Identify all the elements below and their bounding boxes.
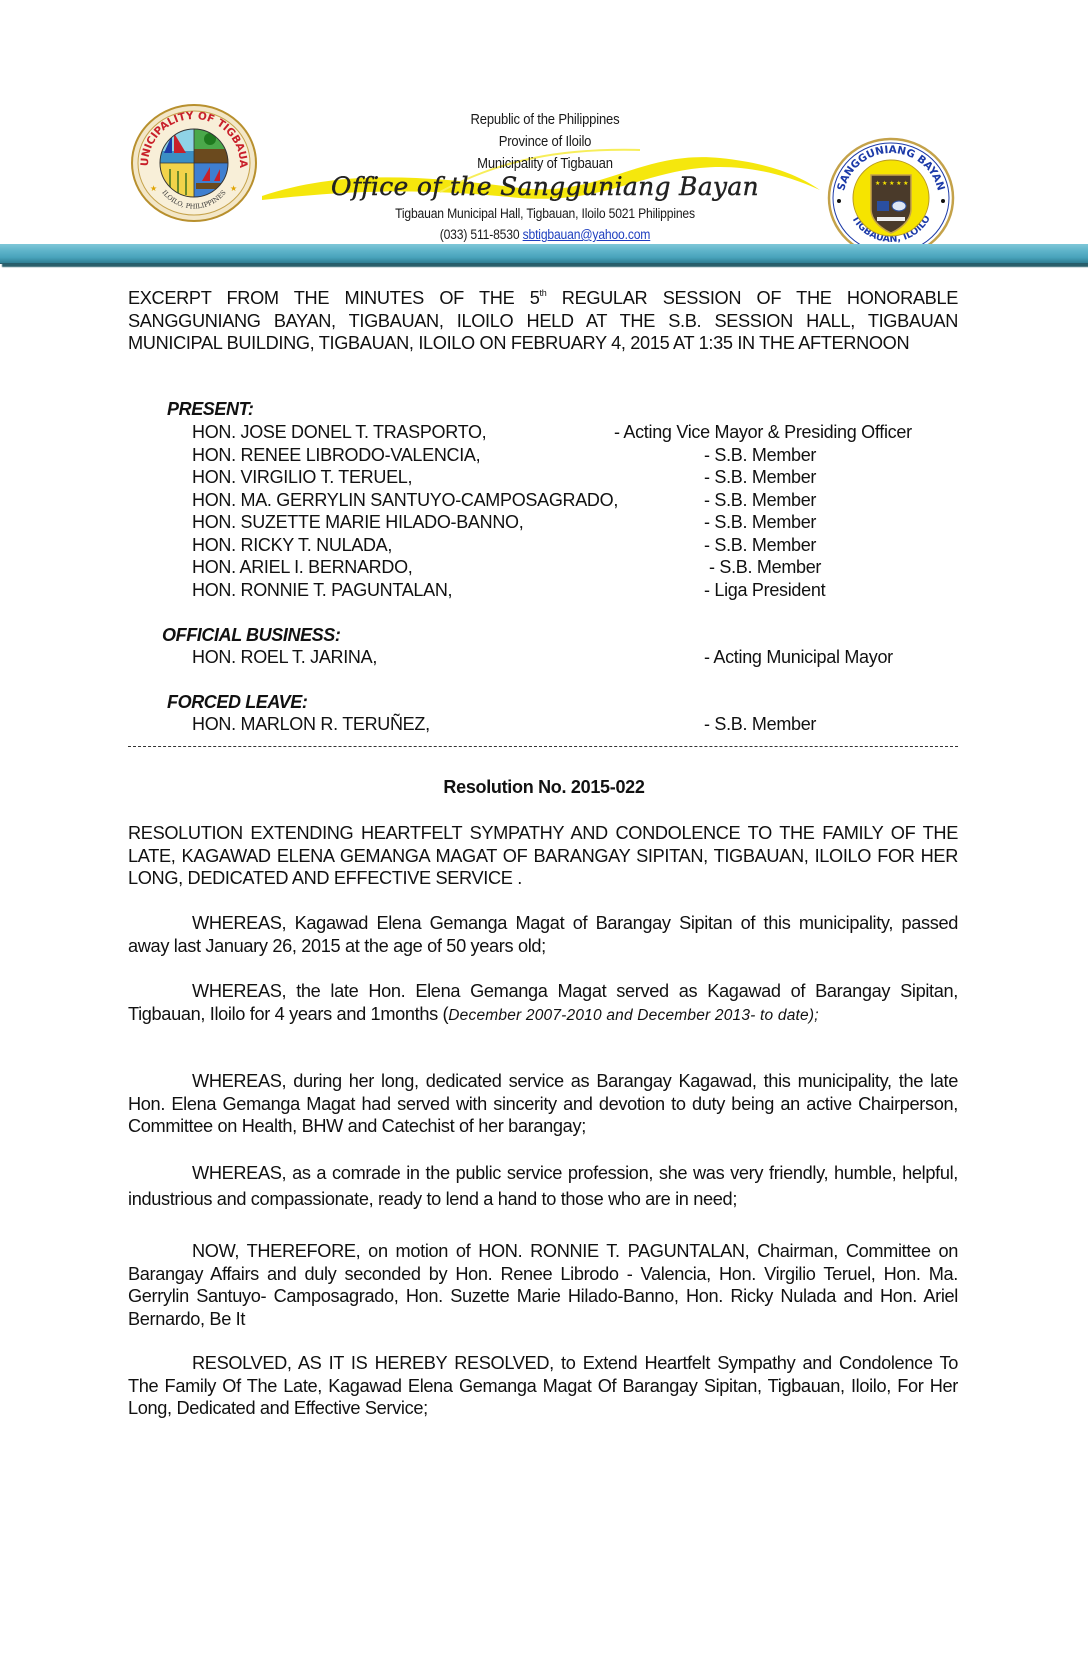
phone-number: (033) 511-8530 (440, 227, 520, 242)
letterhead: MUNICIPALITY OF TIGBAUAN ILOILO, PHILIPP… (0, 0, 1088, 280)
now-therefore-text: NOW, THEREFORE, on motion of HON. RONNIE… (128, 1241, 958, 1329)
dashed-divider (128, 746, 958, 747)
whereas-2-service-dates: December 2007-2010 and December 2013- to… (448, 1007, 818, 1024)
excerpt-paragraph: EXCERPT FROM THE MINUTES OF THE 5th REGU… (128, 287, 958, 355)
svg-text:★: ★ (150, 184, 157, 193)
attendee-row: HON. RICKY T. NULADA, - S.B. Member (0, 535, 1088, 558)
attendee-row: HON. JOSE DONEL T. TRASPORTO, - Acting V… (0, 422, 1088, 445)
attendee-row: HON. ARIEL I. BERNARDO, - S.B. Member (0, 557, 1088, 580)
attendee-name: HON. RENEE LIBRODO-VALENCIA, (192, 445, 480, 466)
attendee-role: - S.B. Member (704, 512, 816, 533)
attendee-row: HON. RENEE LIBRODO-VALENCIA, - S.B. Memb… (0, 445, 1088, 468)
attendee-row: HON. SUZETTE MARIE HILADO-BANNO, - S.B. … (0, 512, 1088, 535)
resolved-text: RESOLVED, AS IT IS HEREBY RESOLVED, to E… (128, 1353, 958, 1418)
official-business-heading: OFFICIAL BUSINESS: (162, 625, 340, 646)
attendee-name: HON. ROEL T. JARINA, (192, 647, 377, 668)
attendee-name: HON. RONNIE T. PAGUNTALAN, (192, 580, 452, 601)
attendee-role: - S.B. Member (709, 557, 821, 578)
attendee-name: HON. MARLON R. TERUÑEZ, (192, 714, 430, 735)
contact-line: (033) 511-8530 sbtigbauan@yahoo.com (325, 227, 766, 242)
attendee-name: HON. RICKY T. NULADA, (192, 535, 392, 556)
resolved-paragraph: RESOLVED, AS IT IS HEREBY RESOLVED, to E… (128, 1352, 958, 1420)
resolution-title: RESOLUTION EXTENDING HEARTFELT SYMPATHY … (128, 822, 958, 890)
now-therefore-paragraph: NOW, THEREFORE, on motion of HON. RONNIE… (128, 1240, 958, 1330)
whereas-1-text: WHEREAS, Kagawad Elena Gemanga Magat of … (128, 913, 958, 956)
province-line: Province of Iloilo (325, 134, 766, 150)
header-divider-bar (0, 244, 1088, 264)
attendee-name: HON. MA. GERRYLIN SANTUYO-CAMPOSAGRADO, (192, 490, 618, 511)
municipality-line: Municipality of Tigbauan (325, 156, 766, 172)
svg-text:★: ★ (230, 184, 237, 193)
attendee-role: - S.B. Member (704, 445, 816, 466)
attendee-role: - S.B. Member (704, 467, 816, 488)
whereas-paragraph-2: WHEREAS, the late Hon. Elena Gemanga Mag… (128, 980, 958, 1027)
attendee-role: - S.B. Member (704, 714, 816, 735)
whereas-paragraph-1: WHEREAS, Kagawad Elena Gemanga Magat of … (128, 912, 958, 957)
office-title: Office of the Sangguniang Bayan (300, 172, 790, 201)
attendee-role: - S.B. Member (704, 535, 816, 556)
municipality-of-tigbauan-seal: MUNICIPALITY OF TIGBAUAN ILOILO, PHILIPP… (130, 103, 258, 223)
whereas-paragraph-3: WHEREAS, during her long, dedicated serv… (128, 1070, 958, 1138)
email-link[interactable]: sbtigbauan@yahoo.com (523, 227, 651, 242)
excerpt-text-part1: EXCERPT FROM THE MINUTES OF THE 5 (128, 288, 540, 308)
forced-leave-heading: FORCED LEAVE: (167, 692, 307, 713)
attendee-role: - Liga President (704, 580, 825, 601)
whereas-4-text: WHEREAS, as a comrade in the public serv… (128, 1163, 958, 1209)
attendee-row: HON. MA. GERRYLIN SANTUYO-CAMPOSAGRADO, … (0, 490, 1088, 513)
attendee-row: HON. VIRGILIO T. TERUEL, - S.B. Member (0, 467, 1088, 490)
attendee-role: - Acting Vice Mayor & Presiding Officer (614, 422, 912, 443)
present-heading: PRESENT: (167, 399, 253, 420)
address-line: Tigbauan Municipal Hall, Tigbauan, Iloil… (325, 206, 766, 221)
attendee-name: HON. VIRGILIO T. TERUEL, (192, 467, 412, 488)
attendee-role: - S.B. Member (704, 490, 816, 511)
attendee-row: HON. RONNIE T. PAGUNTALAN, - Liga Presid… (0, 580, 1088, 603)
attendee-name: HON. SUZETTE MARIE HILADO-BANNO, (192, 512, 523, 533)
attendee-name: HON. ARIEL I. BERNARDO, (192, 557, 412, 578)
forced-leave-row: HON. MARLON R. TERUÑEZ, - S.B. Member (0, 714, 1088, 737)
whereas-paragraph-4: WHEREAS, as a comrade in the public serv… (128, 1160, 958, 1212)
republic-line: Republic of the Philippines (325, 112, 766, 128)
attendee-name: HON. JOSE DONEL T. TRASPORTO, (192, 422, 486, 443)
whereas-3-text: WHEREAS, during her long, dedicated serv… (128, 1071, 958, 1136)
svg-text:★ ★ ★ ★ ★: ★ ★ ★ ★ ★ (875, 180, 909, 187)
sangguniang-bayan-seal: SANGGUNIANG BAYAN TIGBAUAN, ILOILO ★ ★ ★… (827, 137, 955, 259)
attendee-role: - Acting Municipal Mayor (704, 647, 893, 668)
resolution-number: Resolution No. 2015-022 (0, 777, 1088, 798)
official-business-row: HON. ROEL T. JARINA, - Acting Municipal … (0, 647, 1088, 670)
